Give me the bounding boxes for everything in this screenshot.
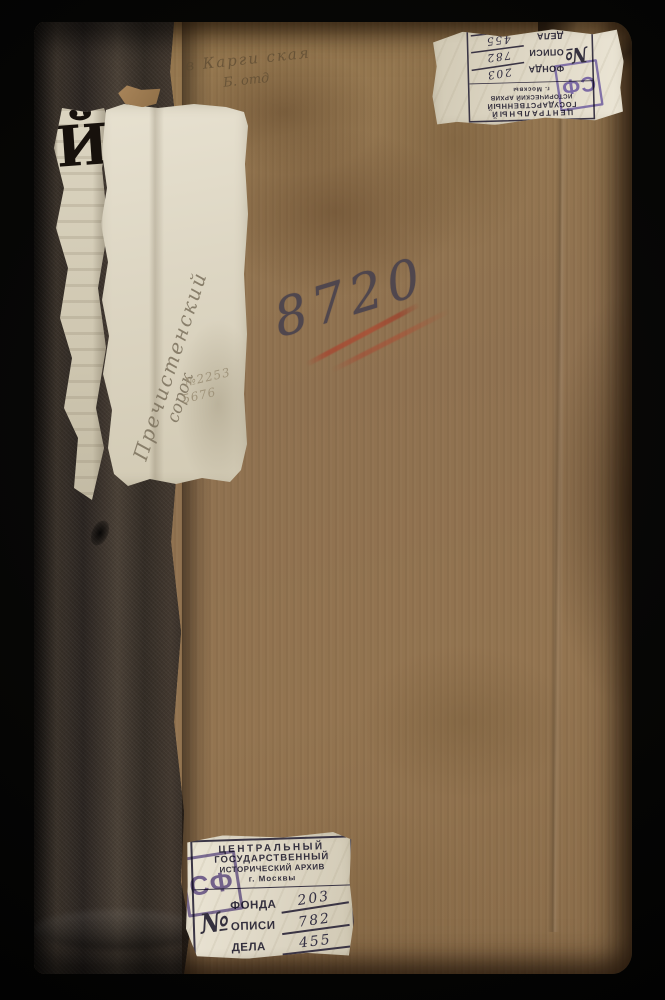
label-script-line1: Пречистенский (128, 142, 253, 463)
stamp-fields: № ФОНДА 203 ОПИСИ 782 ДЕЛА 455 (198, 887, 350, 955)
label-script-title: Пречистенский сорок (128, 142, 270, 469)
stamp-field-label: ДЕЛА (231, 940, 281, 954)
stamp-field-rows: ФОНДА 203 ОПИСИ 782 ДЕЛА 455 (471, 31, 564, 83)
stamp-field-rows: ФОНДА 203 ОПИСИ 782 ДЕЛА 455 (230, 887, 350, 954)
archive-stamp: СФ ЦЕНТРАЛЬНЫЙ ГОСУДАРСТВЕННЫЙ ИСТОРИЧЕС… (466, 24, 595, 122)
archive-stamp-label-bottom: СФ ЦЕНТРАЛЬНЫЙ ГОСУДАРСТВЕННЫЙ ИСТОРИЧЕС… (183, 831, 355, 960)
numero-sign: № (561, 29, 592, 81)
cloth-fold (34, 910, 204, 950)
book-cover: Й Пречистенский сорок №2253 5676 в Карги… (34, 22, 632, 974)
cloth-hole (87, 518, 112, 548)
stamp-field-label: ОПИСИ (525, 47, 564, 57)
photo-background: Й Пречистенский сорок №2253 5676 в Карги… (0, 0, 665, 1000)
stamp-field-label: ОПИСИ (231, 919, 281, 933)
stamp-field-label: ДЕЛА (524, 31, 563, 41)
cover-crease (547, 72, 568, 932)
archive-stamp-label-top: СФ ЦЕНТРАЛЬНЫЙ ГОСУДАРСТВЕННЫЙ ИСТОРИЧЕС… (431, 28, 625, 127)
archive-stamp: СФ ЦЕНТРАЛЬНЫЙ ГОСУДАРСТВЕННЫЙ ИСТОРИЧЕС… (190, 835, 356, 962)
spine-title-label: Пречистенский сорок №2253 5676 (98, 104, 248, 486)
stamp-field-row: ФОНДА 203 (472, 63, 564, 82)
stamp-fields: № ФОНДА 203 ОПИСИ 782 ДЕЛА 455 (471, 30, 589, 82)
